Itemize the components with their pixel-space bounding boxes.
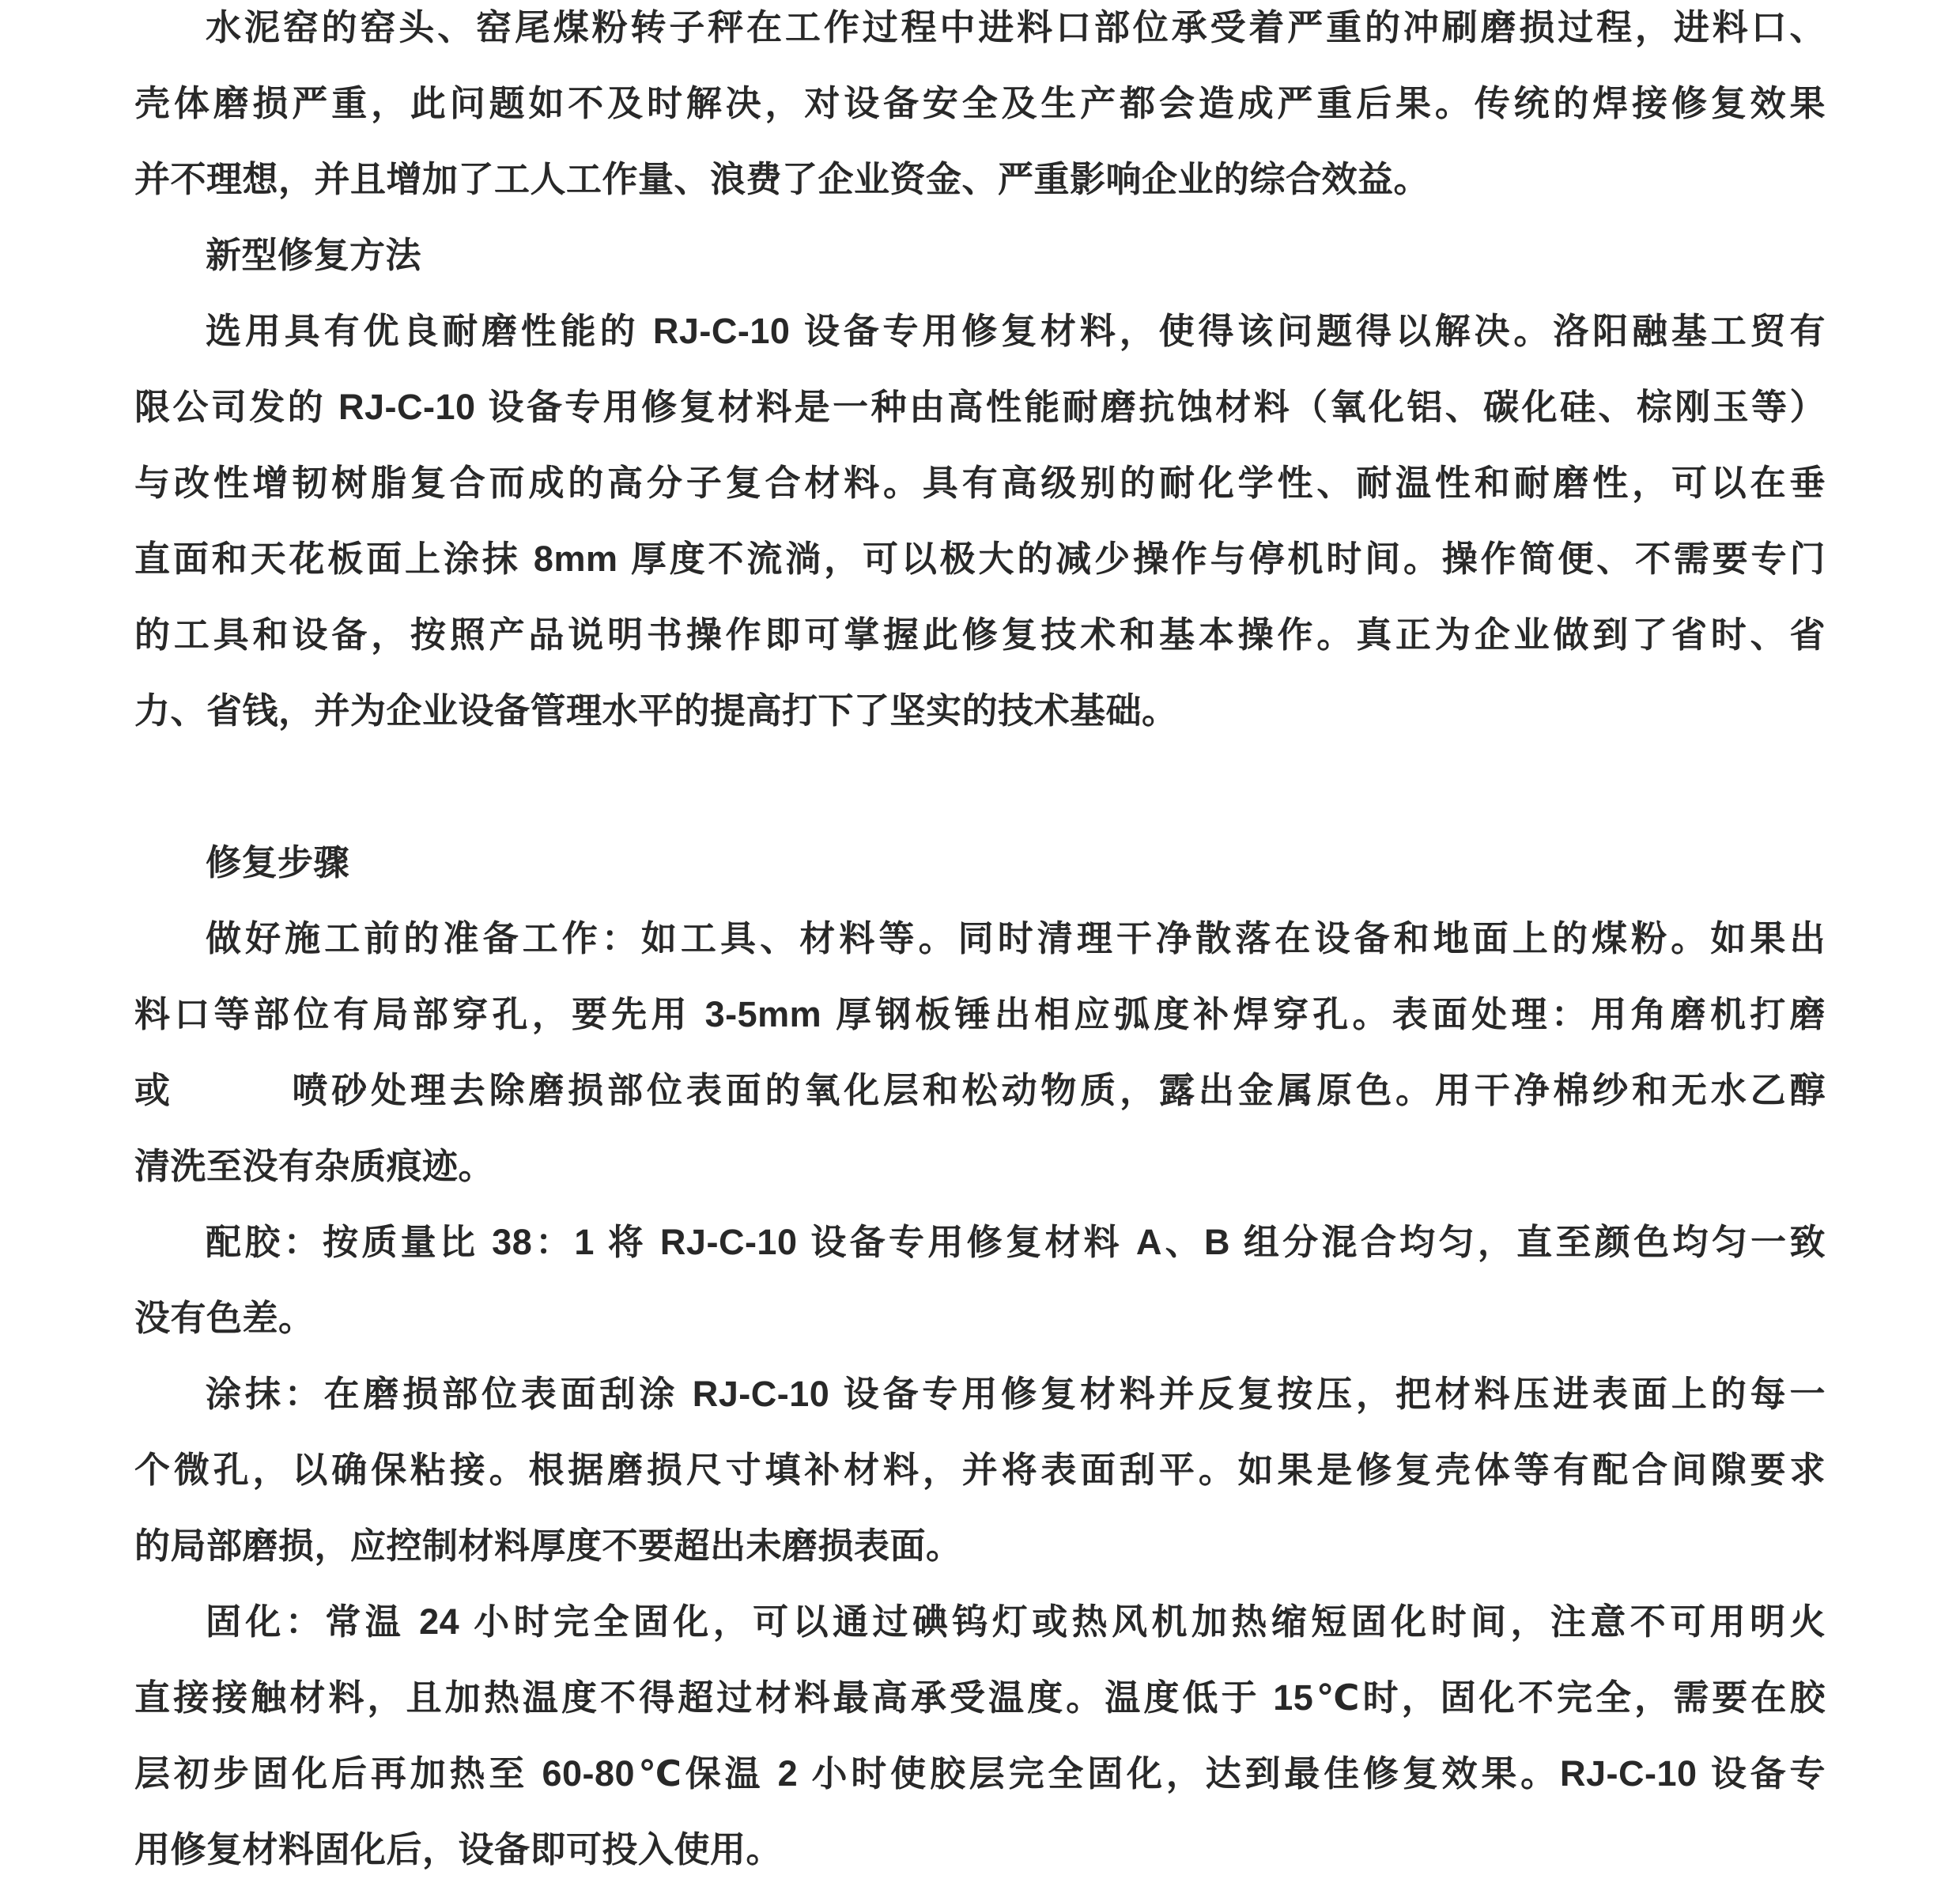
paragraph-preparation: 做好施工前的准备工作：如工具、材料等。同时清理干净散落在设备和地面上的煤粉。如果… bbox=[134, 901, 1826, 1204]
text-line: 壳体磨损严重，此问题如不及时解决，对设备安全及生产都会造成严重后果。传统的焊接修… bbox=[134, 66, 1826, 142]
paragraph-mixing: 配胶：按质量比 38：1 将 RJ-C-10 设备专用修复材料 A、B 组分混合… bbox=[134, 1204, 1826, 1356]
text-line: 料口等部位有局部穿孔，要先用 3-5mm 厚钢板锤出相应弧度补焊穿孔。表面处理：… bbox=[134, 977, 1826, 1053]
text-line: 用修复材料固化后，设备即可投入使用。 bbox=[134, 1812, 1826, 1888]
heading-line: 修复步骤 bbox=[134, 825, 1826, 901]
text-line: 与改性增韧树脂复合而成的高分子复合材料。具有高级别的耐化学性、耐温性和耐磨性，可… bbox=[134, 445, 1826, 521]
text-line: 个微孔，以确保粘接。根据磨损尺寸填补材料，并将表面刮平。如果是修复壳体等有配合间… bbox=[134, 1432, 1826, 1508]
text-line: 水泥窑的窑头、窑尾煤粉转子秤在工作过程中进料口部位承受着严重的冲刷磨损过程，进料… bbox=[134, 0, 1826, 66]
text-line: 选用具有优良耐磨性能的 RJ-C-10 设备专用修复材料，使得该问题得以解决。洛… bbox=[134, 293, 1826, 369]
text-line: 清洗至没有杂质痕迹。 bbox=[134, 1129, 1826, 1204]
paragraph-intro: 水泥窑的窑头、窑尾煤粉转子秤在工作过程中进料口部位承受着严重的冲刷磨损过程，进料… bbox=[134, 0, 1826, 217]
paragraph-spacer bbox=[134, 749, 1826, 825]
text-line: 配胶：按质量比 38：1 将 RJ-C-10 设备专用修复材料 A、B 组分混合… bbox=[134, 1204, 1826, 1280]
section-heading-new-method: 新型修复方法 bbox=[134, 217, 1826, 293]
document-content: 水泥窑的窑头、窑尾煤粉转子秤在工作过程中进料口部位承受着严重的冲刷磨损过程，进料… bbox=[0, 0, 1960, 1888]
text-line: 层初步固化后再加热至 60-80℃保温 2 小时使胶层完全固化，达到最佳修复效果… bbox=[134, 1736, 1826, 1812]
text-line: 直面和天花板面上涂抹 8mm 厚度不流淌，可以极大的减少操作与停机时间。操作简便… bbox=[134, 521, 1826, 597]
text-line: 涂抹：在磨损部位表面刮涂 RJ-C-10 设备专用修复材料并反复按压，把材料压进… bbox=[134, 1356, 1826, 1432]
text-line: 限公司发的 RJ-C-10 设备专用修复材料是一种由高性能耐磨抗蚀材料（氧化铝、… bbox=[134, 369, 1826, 445]
text-line: 直接接触材料，且加热温度不得超过材料最高承受温度。温度低于 15℃时，固化不完全… bbox=[134, 1660, 1826, 1736]
heading-line: 新型修复方法 bbox=[134, 217, 1826, 293]
text-line: 固化：常温 24 小时完全固化，可以通过碘钨灯或热风机加热缩短固化时间，注意不可… bbox=[134, 1584, 1826, 1660]
paragraph-curing: 固化：常温 24 小时完全固化，可以通过碘钨灯或热风机加热缩短固化时间，注意不可… bbox=[134, 1584, 1826, 1888]
text-line: 的工具和设备，按照产品说明书操作即可掌握此修复技术和基本操作。真正为企业做到了省… bbox=[134, 597, 1826, 673]
text-line: 并不理想，并且增加了工人工作量、浪费了企业资金、严重影响企业的综合效益。 bbox=[134, 142, 1826, 217]
text-line: 做好施工前的准备工作：如工具、材料等。同时清理干净散落在设备和地面上的煤粉。如果… bbox=[134, 901, 1826, 977]
document-page: 水泥窑的窑头、窑尾煤粉转子秤在工作过程中进料口部位承受着严重的冲刷磨损过程，进料… bbox=[0, 0, 1960, 1898]
section-heading-repair-steps: 修复步骤 bbox=[134, 825, 1826, 901]
text-line: 的局部磨损，应控制材料厚度不要超出未磨损表面。 bbox=[134, 1508, 1826, 1584]
paragraph-new-method: 选用具有优良耐磨性能的 RJ-C-10 设备专用修复材料，使得该问题得以解决。洛… bbox=[134, 293, 1826, 749]
paragraph-applying: 涂抹：在磨损部位表面刮涂 RJ-C-10 设备专用修复材料并反复按压，把材料压进… bbox=[134, 1356, 1826, 1584]
blank-line bbox=[134, 749, 1826, 825]
text-line: 力、省钱，并为企业设备管理水平的提高打下了坚实的技术基础。 bbox=[134, 673, 1826, 749]
text-line: 或 喷砂处理去除磨损部位表面的氧化层和松动物质，露出金属原色。用干净棉纱和无水乙… bbox=[134, 1053, 1826, 1129]
text-line: 没有色差。 bbox=[134, 1280, 1826, 1356]
